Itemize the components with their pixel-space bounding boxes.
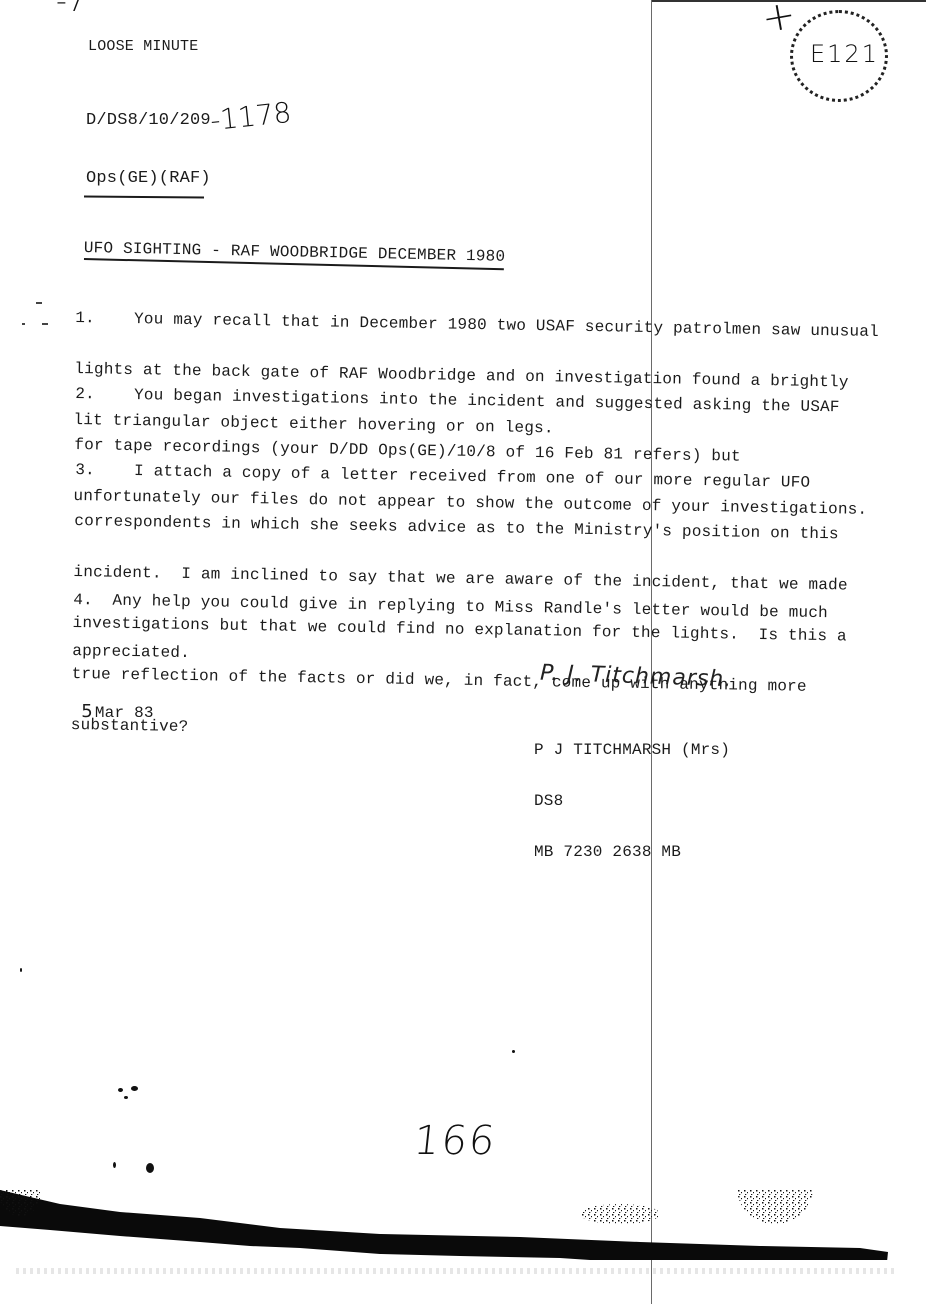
paragraph-line: 2. You began investigations into the inc…: [75, 386, 869, 417]
scan-speck: [113, 1162, 116, 1168]
file-reference-handwritten: -1178: [208, 96, 292, 137]
paragraph-line: correspondents in which she seeks advice…: [74, 513, 849, 544]
signatory-branch: DS8: [534, 793, 730, 810]
scan-speck: [124, 1096, 128, 1099]
signatory-phone: MB 7230 2638 MB: [534, 844, 730, 861]
document-page: -7 + E121 LOOSE MINUTE D/DS8/10/209 -117…: [0, 0, 926, 1304]
document-type-label: LOOSE MINUTE: [88, 38, 198, 55]
margin-mark: [36, 302, 42, 304]
cross-mark: +: [758, 0, 799, 43]
signature-block: P J TITCHMARSH (Mrs) DS8 MB 7230 2638 MB: [534, 708, 730, 895]
folio-stamp-number: E121: [810, 40, 879, 68]
document-date: 5Mar 83: [42, 686, 154, 739]
date-month-year: Mar 83: [95, 704, 154, 722]
corner-handwritten-mark: -7: [56, 0, 86, 19]
file-reference: D/DS8/10/209: [86, 112, 211, 129]
scan-speck: [118, 1088, 123, 1092]
handwritten-page-number: 166: [412, 1118, 499, 1164]
margin-mark: [22, 323, 25, 325]
scan-smear: [0, 1190, 890, 1260]
paragraph-line: 3. I attach a copy of a letter received …: [75, 462, 850, 493]
addressee: Ops(GE)(RAF): [86, 170, 211, 187]
scan-speck: [131, 1086, 138, 1091]
addressee-underline: [84, 195, 204, 198]
paragraph-line: 4. Any help you could give in replying t…: [73, 592, 828, 622]
date-day-handwritten: 5: [81, 701, 93, 722]
scan-speck: [512, 1050, 515, 1053]
faint-scan-text-row: [16, 1268, 896, 1274]
subject-heading: UFO SIGHTING - RAF WOODBRIDGE DECEMBER 1…: [84, 240, 506, 266]
paragraph-line: 1. You may recall that in December 1980 …: [75, 310, 879, 341]
scan-speck: [20, 968, 22, 972]
signatory-name: P J TITCHMARSH (Mrs): [534, 742, 730, 759]
margin-mark: [42, 323, 48, 325]
scan-speck: [146, 1163, 154, 1173]
